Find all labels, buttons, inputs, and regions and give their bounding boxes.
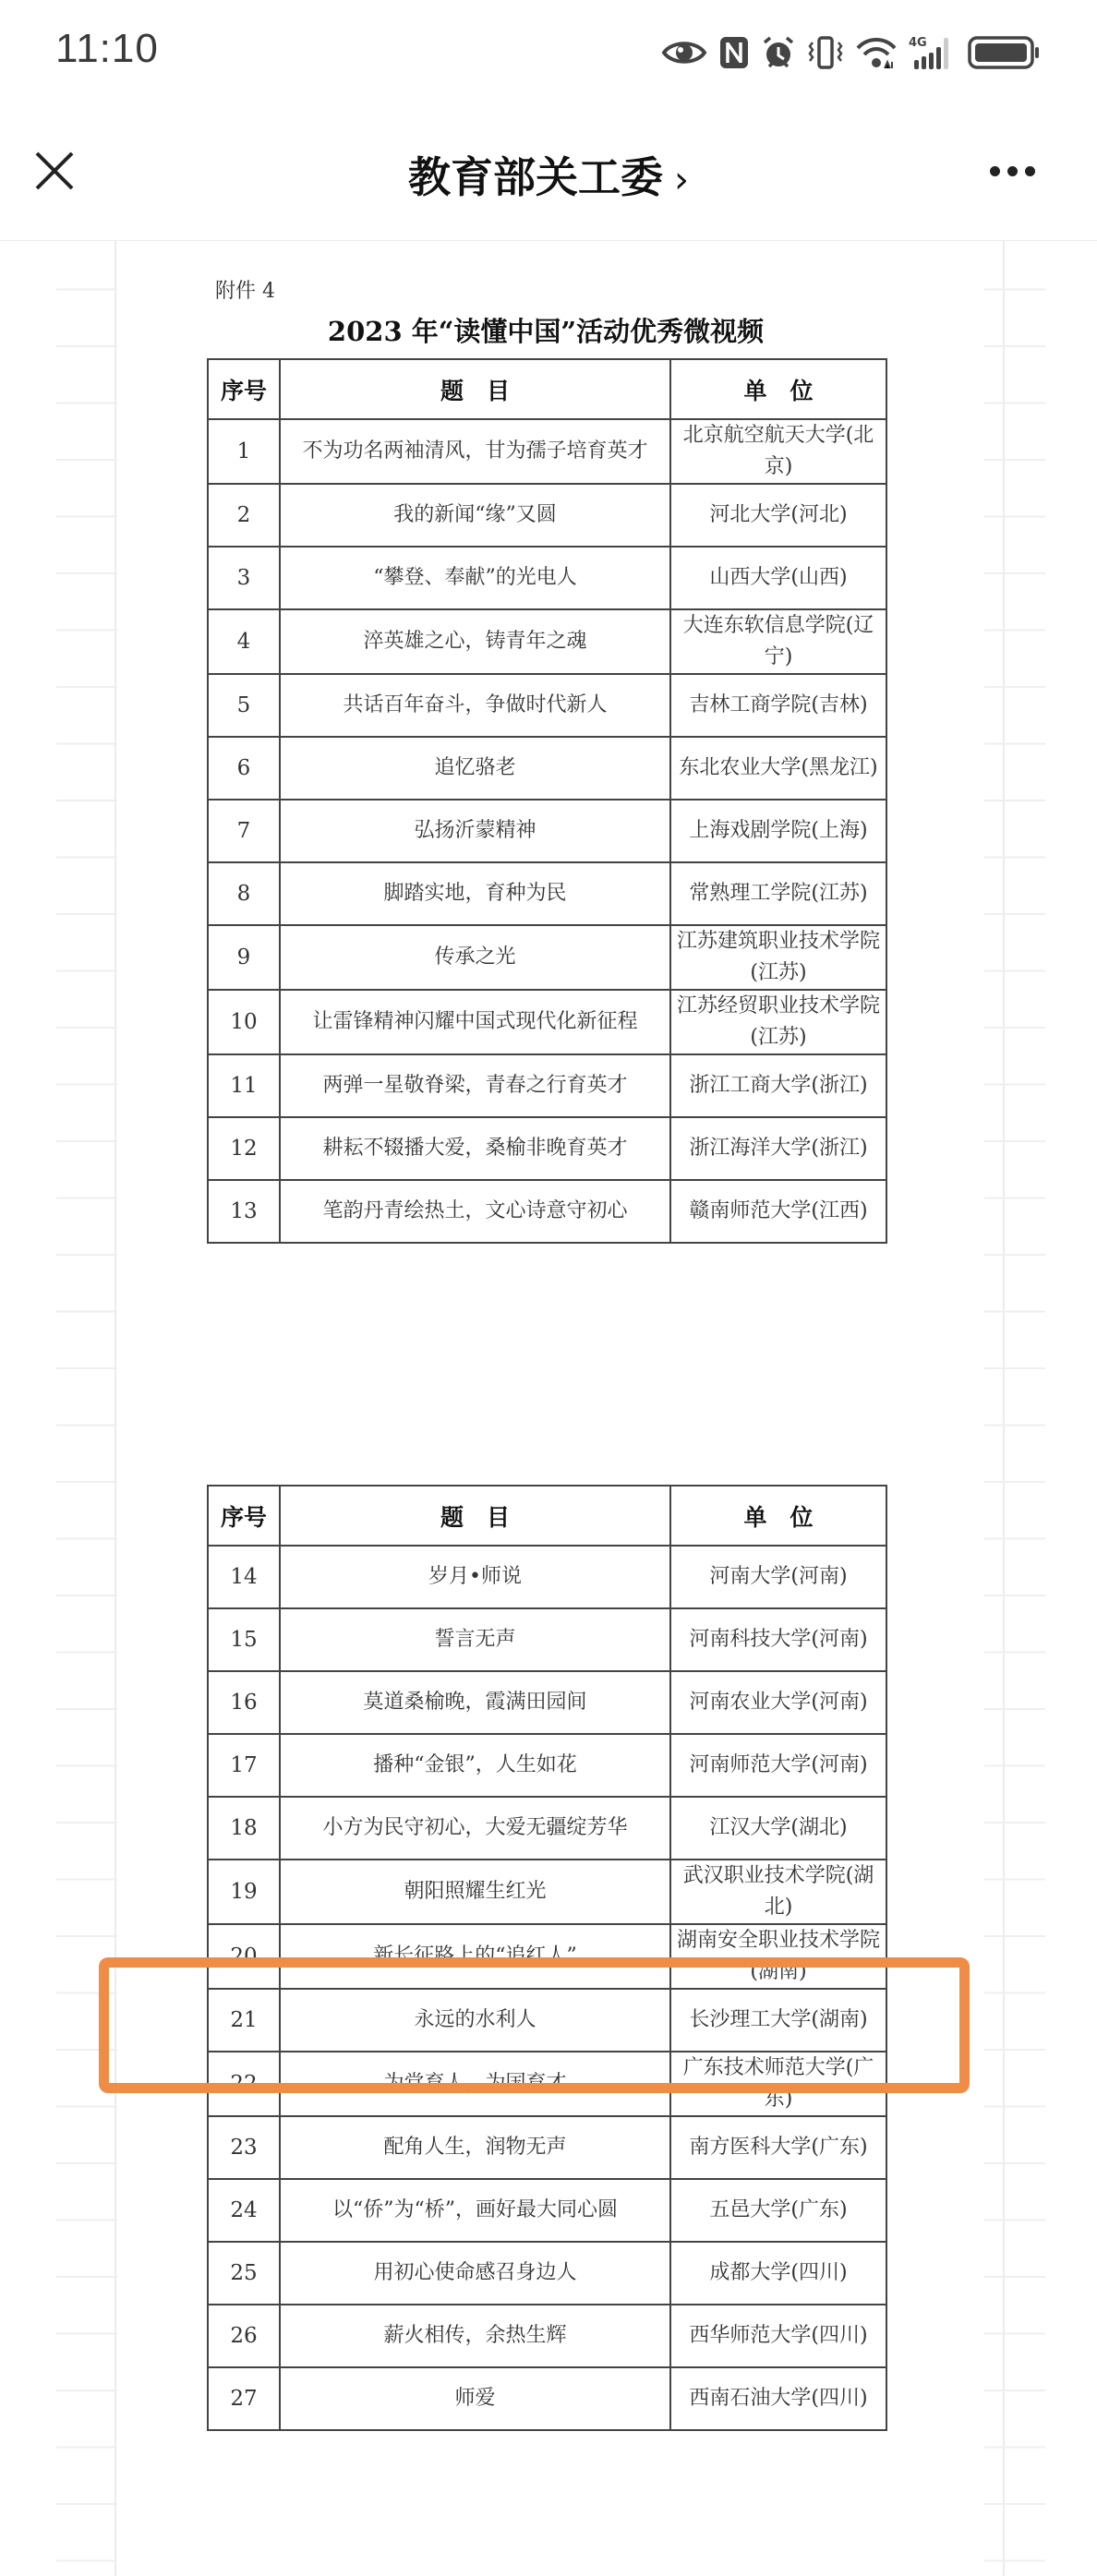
row-number: 8 (208, 862, 280, 925)
table-row: 22为党育人，为国育才广东技术师范大学(广东) (208, 2052, 886, 2116)
table-row: 16莫道桑榆晚，霞满田园间河南农业大学(河南) (208, 1671, 886, 1734)
row-unit: 五邑大学(广东) (670, 2179, 886, 2242)
nfc-icon (718, 31, 750, 74)
table-row: 14岁月•师说河南大学(河南) (208, 1546, 886, 1608)
row-unit: 西南石油大学(四川) (670, 2367, 886, 2430)
row-title: 两弹一星敬脊梁，青春之行育英才 (280, 1054, 670, 1117)
more-icon-dot (990, 166, 1000, 176)
table-header-row: 序号 题 目 单 位 (208, 359, 886, 419)
battery-icon (968, 31, 1042, 74)
row-title: 用初心使命感召身边人 (280, 2242, 670, 2305)
table-row: 24以“侨”为“桥”，画好最大同心圆五邑大学(广东) (208, 2179, 886, 2242)
row-number: 22 (208, 2052, 280, 2116)
table-row: 4淬英雄之心，铸青年之魂大连东软信息学院(辽宁) (208, 609, 886, 674)
table-row: 25用初心使命感召身边人成都大学(四川) (208, 2242, 886, 2305)
status-time: 11:10 (55, 26, 159, 72)
table-row: 10让雷锋精神闪耀中国式现代化新征程江苏经贸职业技术学院(江苏) (208, 990, 886, 1054)
row-title: 播种“金银”，人生如花 (280, 1734, 670, 1797)
status-icons: 4G (661, 31, 1042, 74)
account-title-link[interactable]: 教育部关工委› (0, 144, 1097, 205)
table-row: 9传承之光江苏建筑职业技术学院(江苏) (208, 925, 886, 990)
row-unit: 吉林工商学院(吉林) (670, 674, 886, 737)
row-unit: 武汉职业技术学院(湖北) (670, 1860, 886, 1924)
table-row: 6追忆骆老东北农业大学(黑龙江) (208, 737, 886, 800)
row-title: 师爱 (280, 2367, 670, 2430)
column-header-title: 题 目 (280, 359, 670, 419)
row-number: 1 (208, 419, 280, 484)
row-title: 新长征路上的“追红人” (280, 1924, 670, 1989)
row-number: 24 (208, 2179, 280, 2242)
row-number: 26 (208, 2305, 280, 2367)
row-number: 20 (208, 1924, 280, 1989)
row-title: 岁月•师说 (280, 1546, 670, 1608)
row-title: 共话百年奋斗，争做时代新人 (280, 674, 670, 737)
table-header-row: 序号 题 目 单 位 (208, 1486, 886, 1546)
row-number: 7 (208, 800, 280, 862)
row-number: 25 (208, 2242, 280, 2305)
table-row: 20新长征路上的“追红人”湖南安全职业技术学院(湖南) (208, 1924, 886, 1989)
row-title: 永远的水利人 (280, 1989, 670, 2052)
row-title: 薪火相传，余热生辉 (280, 2305, 670, 2367)
vibrate-icon (807, 31, 844, 74)
row-number: 12 (208, 1117, 280, 1180)
row-number: 19 (208, 1860, 280, 1924)
table-row: 17播种“金银”，人生如花河南师范大学(河南) (208, 1734, 886, 1797)
row-title: 耕耘不辍播大爱，桑榆非晚育英才 (280, 1117, 670, 1180)
row-title: 以“侨”为“桥”，画好最大同心圆 (280, 2179, 670, 2242)
column-header-title: 题 目 (280, 1486, 670, 1546)
row-number: 23 (208, 2116, 280, 2179)
row-title: 誓言无声 (280, 1608, 670, 1671)
row-number: 27 (208, 2367, 280, 2430)
table-row: 18小方为民守初心，大爱无疆绽芳华江汉大学(湖北) (208, 1797, 886, 1860)
nav-bar: 教育部关工委› (0, 102, 1097, 241)
row-number: 10 (208, 990, 280, 1054)
row-number: 9 (208, 925, 280, 990)
row-title: 莫道桑榆晚，霞满田园间 (280, 1671, 670, 1734)
row-number: 6 (208, 737, 280, 800)
table-row: 26薪火相传，余热生辉西华师范大学(四川) (208, 2305, 886, 2367)
status-bar: 11:10 4G (0, 0, 1097, 102)
row-title: 配角人生，润物无声 (280, 2116, 670, 2179)
row-unit: 河南大学(河南) (670, 1546, 886, 1608)
document-title: 2023 年“读懂中国”活动优秀微视频 (207, 311, 885, 349)
table-row: 15誓言无声河南科技大学(河南) (208, 1608, 886, 1671)
row-unit: 浙江工商大学(浙江) (670, 1054, 886, 1117)
document-viewer[interactable]: 附件 4 2023 年“读懂中国”活动优秀微视频 序号 题 目 单 位 1不为功… (0, 241, 1097, 2576)
column-header-unit: 单 位 (670, 359, 886, 419)
row-title: 笔韵丹青绘热土，文心诗意守初心 (280, 1180, 670, 1243)
row-title: “攀登、奉献”的光电人 (280, 547, 670, 609)
row-number: 5 (208, 674, 280, 737)
row-unit: 大连东软信息学院(辽宁) (670, 609, 886, 674)
award-table-page2: 序号 题 目 单 位 14岁月•师说河南大学(河南)15誓言无声河南科技大学(河… (207, 1485, 887, 2431)
row-unit: 河南农业大学(河南) (670, 1671, 886, 1734)
row-number: 21 (208, 1989, 280, 2052)
row-title: 弘扬沂蒙精神 (280, 800, 670, 862)
alarm-icon (761, 31, 796, 74)
column-header-number: 序号 (208, 359, 280, 419)
row-title: 不为功名两袖清风，甘为孺子培育英才 (280, 419, 670, 484)
row-unit: 南方医科大学(广东) (670, 2116, 886, 2179)
row-unit: 成都大学(四川) (670, 2242, 886, 2305)
row-unit: 河南科技大学(河南) (670, 1608, 886, 1671)
row-title: 传承之光 (280, 925, 670, 990)
page-margin-right (984, 241, 1045, 2576)
row-unit: 山西大学(山西) (670, 547, 886, 609)
row-unit: 上海戏剧学院(上海) (670, 800, 886, 862)
table-row: 23配角人生，润物无声南方医科大学(广东) (208, 2116, 886, 2179)
row-number: 14 (208, 1546, 280, 1608)
svg-text:4G: 4G (909, 36, 927, 50)
row-number: 4 (208, 609, 280, 674)
row-number: 11 (208, 1054, 280, 1117)
table-row: 3“攀登、奉献”的光电人山西大学(山西) (208, 547, 886, 609)
more-button[interactable] (990, 157, 1045, 185)
column-header-number: 序号 (208, 1486, 280, 1546)
row-number: 2 (208, 484, 280, 547)
row-unit: 浙江海洋大学(浙江) (670, 1117, 886, 1180)
row-unit: 河北大学(河北) (670, 484, 886, 547)
row-number: 16 (208, 1671, 280, 1734)
row-title: 小方为民守初心，大爱无疆绽芳华 (280, 1797, 670, 1860)
wifi-icon (855, 31, 898, 74)
row-unit: 东北农业大学(黑龙江) (670, 737, 886, 800)
account-name: 教育部关工委 (408, 152, 663, 202)
row-title: 脚踏实地，育种为民 (280, 862, 670, 925)
table-row: 19朝阳照耀生红光武汉职业技术学院(湖北) (208, 1860, 886, 1924)
row-title: 让雷锋精神闪耀中国式现代化新征程 (280, 990, 670, 1054)
row-unit: 江苏经贸职业技术学院(江苏) (670, 990, 886, 1054)
column-header-unit: 单 位 (670, 1486, 886, 1546)
row-unit: 河南师范大学(河南) (670, 1734, 886, 1797)
row-number: 3 (208, 547, 280, 609)
table-row: 5共话百年奋斗，争做时代新人吉林工商学院(吉林) (208, 674, 886, 737)
row-number: 13 (208, 1180, 280, 1243)
more-icon-dot (1025, 166, 1035, 176)
row-unit: 江汉大学(湖北) (670, 1797, 886, 1860)
row-unit: 常熟理工学院(江苏) (670, 862, 886, 925)
row-number: 17 (208, 1734, 280, 1797)
row-title: 淬英雄之心，铸青年之魂 (280, 609, 670, 674)
table-row: 1不为功名两袖清风，甘为孺子培育英才北京航空航天大学(北京) (208, 419, 886, 484)
table-row: 8脚踏实地，育种为民常熟理工学院(江苏) (208, 862, 886, 925)
table-row: 11两弹一星敬脊梁，青春之行育英才浙江工商大学(浙江) (208, 1054, 886, 1117)
more-icon-dot (1007, 166, 1018, 176)
row-number: 15 (208, 1608, 280, 1671)
row-unit: 赣南师范大学(江西) (670, 1180, 886, 1243)
row-title: 我的新闻“缘”又圆 (280, 484, 670, 547)
attachment-label: 附件 4 (215, 275, 275, 304)
row-title: 朝阳照耀生红光 (280, 1860, 670, 1924)
table-row: 2我的新闻“缘”又圆河北大学(河北) (208, 484, 886, 547)
row-unit: 广东技术师范大学(广东) (670, 2052, 886, 2116)
row-unit: 湖南安全职业技术学院(湖南) (670, 1924, 886, 1989)
table-row: 12耕耘不辍播大爱，桑榆非晚育英才浙江海洋大学(浙江) (208, 1117, 886, 1180)
row-unit: 西华师范大学(四川) (670, 2305, 886, 2367)
row-number: 18 (208, 1797, 280, 1860)
table-row: 7弘扬沂蒙精神上海戏剧学院(上海) (208, 800, 886, 862)
row-title: 为党育人，为国育才 (280, 2052, 670, 2116)
table-row: 21永远的水利人长沙理工大学(湖南) (208, 1989, 886, 2052)
row-unit: 北京航空航天大学(北京) (670, 419, 886, 484)
row-unit: 长沙理工大学(湖南) (670, 1989, 886, 2052)
eye-comfort-icon (661, 31, 707, 74)
table-row: 13笔韵丹青绘热土，文心诗意守初心赣南师范大学(江西) (208, 1180, 886, 1243)
page-margin-left (56, 241, 117, 2576)
row-title: 追忆骆老 (280, 737, 670, 800)
award-table-page1: 序号 题 目 单 位 1不为功名两袖清风，甘为孺子培育英才北京航空航天大学(北京… (207, 358, 887, 1244)
signal-4g-icon: 4G (909, 31, 957, 74)
table-row: 27师爱西南石油大学(四川) (208, 2367, 886, 2430)
row-unit: 江苏建筑职业技术学院(江苏) (670, 925, 886, 990)
chevron-right-icon: › (674, 159, 689, 201)
